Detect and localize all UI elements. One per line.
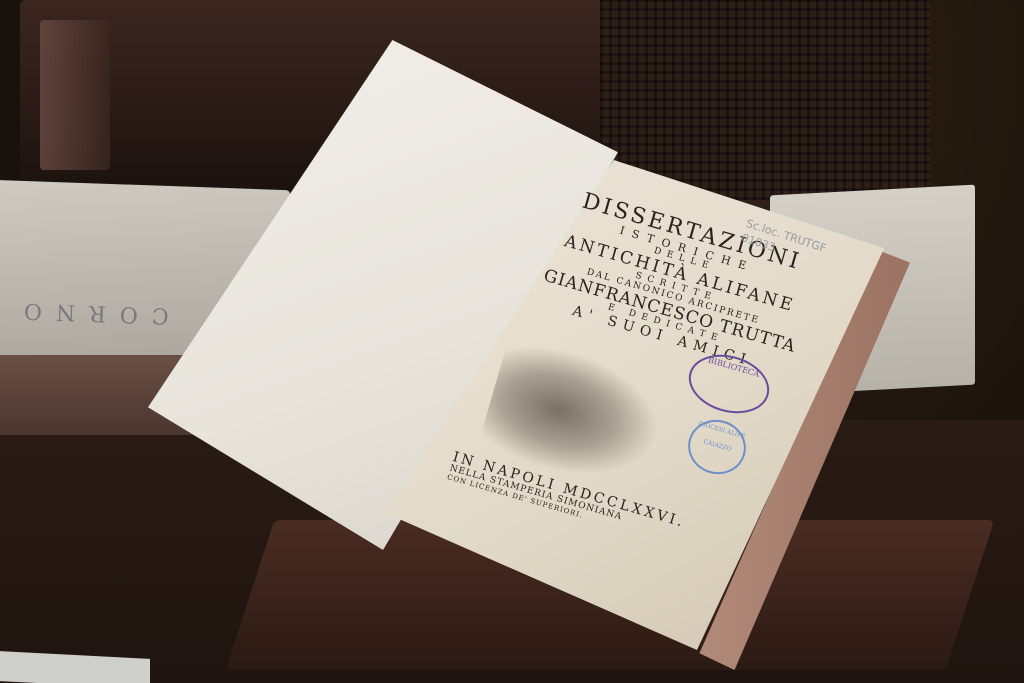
photo-scene: CORNO DISSERTAZIONI ISTORICHE DELLE ANTI… bbox=[0, 0, 1024, 683]
chair-highlight bbox=[40, 20, 110, 170]
mesh-panel bbox=[600, 0, 930, 200]
